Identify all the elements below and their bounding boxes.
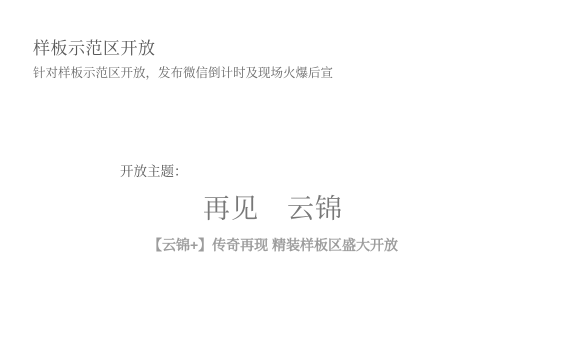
document-page: 样板示范区开放 针对样板示范区开放，发布微信倒计时及现场火爆后宣 开放主题： 再… — [0, 0, 570, 360]
theme-label: 开放主题： — [120, 164, 188, 180]
theme-tagline: 【云锦+】传奇再现 精装样板区盛大开放 — [33, 237, 513, 254]
theme-section: 开放主题： 再见 云锦 【云锦+】传奇再现 精装样板区盛大开放 — [33, 0, 513, 360]
theme-headline: 再见 云锦 — [33, 194, 513, 225]
